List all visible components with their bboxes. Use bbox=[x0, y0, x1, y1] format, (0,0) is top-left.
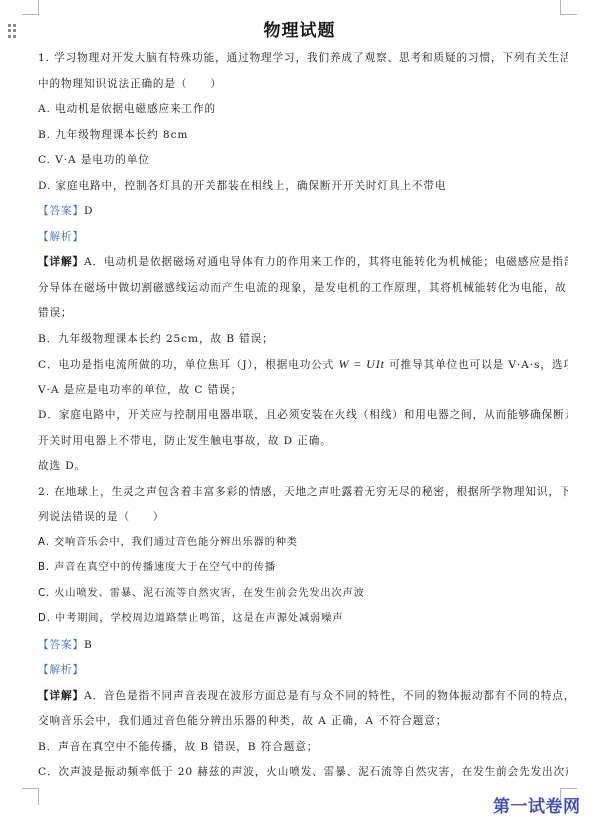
q2-answer: 【答案】B bbox=[38, 637, 568, 663]
q2-detail-line-2: 交响音乐会中，我们通过音色能分辨出乐器的种类，故 A 正确，A 不符合题意； bbox=[38, 713, 568, 739]
answer-value: D bbox=[84, 205, 93, 217]
q1-detail-line-1: 【详解】A．电动机是依据磁场对通电导体有力的作用来工作的，其将电能转化为机械能；… bbox=[38, 254, 568, 280]
q2-detail-line-1: 【详解】A．音色是指不同声音表现在波形方面总是有与众不同的特性，不同的物体振动都… bbox=[38, 688, 568, 714]
q2-analysis-heading: 【解析】 bbox=[38, 662, 568, 688]
detail-text: A．电动机是依据磁场对通电导体有力的作用来工作的，其将电能转化为机械能；电磁感应… bbox=[84, 256, 568, 268]
q1-conclusion: 故选 D。 bbox=[38, 458, 568, 484]
page-corner-mark-top-left bbox=[22, 0, 39, 15]
q1-option-b: B. 九年级物理课本长约 8cm bbox=[38, 127, 568, 153]
formula: W = UIt bbox=[338, 357, 384, 371]
q1-detail-line-6: V·A 是应是电功率的单位，故 C 错误； bbox=[38, 382, 568, 408]
detail-c-suffix: 可推导其单位也可以是 V·A·s，选项中 bbox=[389, 359, 568, 371]
q2-detail-line-4: C．次声波是振动频率低于 20 赫兹的声波，火山喷发、雷暴、泥石流等自然灾害，在… bbox=[38, 764, 568, 790]
q1-stem-line-2: 中的物理知识说法正确的是（ ） bbox=[38, 76, 568, 102]
detail-text: A．音色是指不同声音表现在波形方面总是有与众不同的特性，不同的物体振动都有不同的… bbox=[84, 690, 568, 702]
detail-tag: 【详解】 bbox=[38, 690, 84, 702]
q1-detail-line-8: 开关时用电器上不带电，防止发生触电事故，故 D 正确。 bbox=[38, 433, 568, 459]
q1-detail-line-3: 错误； bbox=[38, 305, 568, 331]
document-body: 1. 学习物理对开发大脑有特殊功能，通过物理学习，我们养成了观察、思考和质疑的习… bbox=[38, 50, 568, 790]
analysis-tag: 【解析】 bbox=[38, 664, 84, 676]
watermark-logo: 第一试卷网 bbox=[493, 792, 581, 817]
analysis-tag: 【解析】 bbox=[38, 231, 84, 243]
page-corner-mark-top-right bbox=[560, 0, 577, 15]
q1-detail-line-7: D．家庭电路中，开关应与控制用电器串联，且必须安装在火线（相线）和用电器之间，从… bbox=[38, 407, 568, 433]
q2-option-d: D. 中考期间，学校周边道路禁止鸣笛，这是在声源处减弱噪声 bbox=[38, 611, 568, 637]
answer-tag: 【答案】 bbox=[38, 205, 84, 217]
detail-tag: 【详解】 bbox=[38, 256, 84, 268]
detail-c-prefix: C．电功是指电流所做的功，单位焦耳（J），根据电功公式 bbox=[38, 359, 334, 371]
q1-analysis-heading: 【解析】 bbox=[38, 229, 568, 255]
q1-option-a: A. 电动机是依据电磁感应来工作的 bbox=[38, 101, 568, 127]
answer-value: B bbox=[84, 639, 93, 651]
document-title: 物理试题 bbox=[0, 16, 599, 41]
page-corner-mark-bottom-left bbox=[22, 788, 39, 805]
q2-option-a: A. 交响音乐会中，我们通过音色能分辨出乐器的种类 bbox=[38, 535, 568, 561]
q2-option-c: C. 火山喷发、雷暴、泥石流等自然灾害，在发生前会先发出次声波 bbox=[38, 586, 568, 612]
q1-detail-line-5: C．电功是指电流所做的功，单位焦耳（J），根据电功公式 W = UIt 可推导其… bbox=[38, 356, 568, 382]
q1-answer: 【答案】D bbox=[38, 203, 568, 229]
q1-detail-line-2: 分导体在磁场中做切割磁感线运动而产生电流的现象，是发电机的工作原理，其将机械能转… bbox=[38, 280, 568, 306]
q2-stem-line-1: 2. 在地球上，生灵之声包含着丰富多彩的情感，天地之声吐露着无穷无尽的秘密，根据… bbox=[38, 484, 568, 510]
q2-detail-line-3: B．声音在真空中不能传播，故 B 错误，B 符合题意； bbox=[38, 739, 568, 765]
q2-stem-line-2: 列说法错误的是（ ） bbox=[38, 509, 568, 535]
answer-tag: 【答案】 bbox=[38, 639, 84, 651]
q1-stem-line-1: 1. 学习物理对开发大脑有特殊功能，通过物理学习，我们养成了观察、思考和质疑的习… bbox=[38, 50, 568, 76]
q2-option-b: B. 声音在真空中的传播速度大于在空气中的传播 bbox=[38, 560, 568, 586]
q1-detail-line-4: B．九年级物理课本长约 25cm，故 B 错误； bbox=[38, 331, 568, 357]
q1-option-c: C. V·A 是电功的单位 bbox=[38, 152, 568, 178]
q1-option-d: D. 家庭电路中，控制各灯具的开关都装在相线上，确保断开开关时灯具上不带电 bbox=[38, 178, 568, 204]
